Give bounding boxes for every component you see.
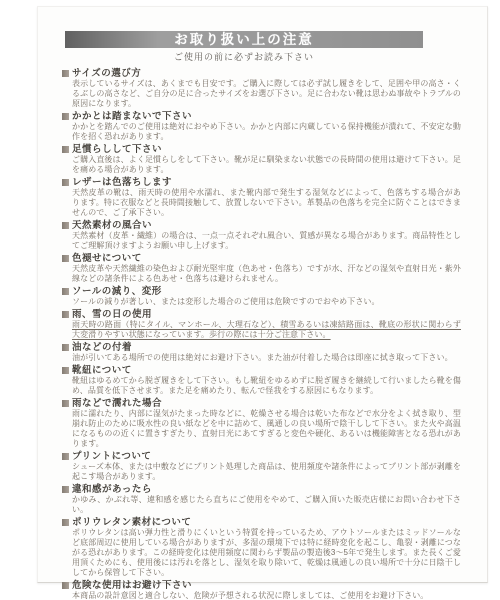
section-heading: レザーは色落ちします <box>62 177 461 188</box>
section-heading: 天然素材の風合い <box>62 220 461 231</box>
section-heading-text: 雨などで濡れた場合 <box>72 398 162 409</box>
square-bullet-icon <box>62 255 69 262</box>
section-heading-text: レザーは色落ちします <box>72 177 172 188</box>
square-bullet-icon <box>62 113 69 120</box>
section: 足慣らしして下さい ご購入直後は、よく足慣らしをして下さい。靴が足に馴染まない状… <box>62 144 461 175</box>
section-heading-text: 色褪せについて <box>72 253 142 264</box>
square-bullet-icon <box>62 582 69 589</box>
section-body: ご購入直後は、よく足慣らしをして下さい。靴が足に馴染まない状態での長時間の使用は… <box>62 155 461 175</box>
section-heading-text: サイズの選び方 <box>72 68 141 79</box>
section-heading: 足慣らしして下さい <box>62 144 461 155</box>
section-heading: 色褪せについて <box>62 253 461 264</box>
section-heading-text: 油などの付着 <box>72 342 132 353</box>
section: ソールの減り、変形 ソールの減りが著しい、または変形した場合のご使用は危険ですの… <box>62 286 461 307</box>
section-heading: 靴紐について <box>62 365 461 376</box>
document-subtitle: ご使用の前に必ずお読み下さい <box>65 50 423 63</box>
square-bullet-icon <box>62 146 69 153</box>
section: 靴紐について 靴紐はゆるめてから脱ぎ履きをして下さい。もし靴紐をゆるめずに脱ぎ履… <box>62 365 461 396</box>
section: 雨、雪の日の使用 雨天時の路面（特にタイル、マンホール、大理石など）、積雪あるい… <box>62 309 461 340</box>
section-body: ポリウレタンは高い弾力性と滑りにくいという特質を持っているため、アウトソールまた… <box>62 528 461 578</box>
section-body: 天然皮革や天然繊維の染色および耐光堅牢度（色あせ・色落ち）ですが水、汗などの湿気… <box>62 264 461 284</box>
section: ポリウレタン素材について ポリウレタンは高い弾力性と滑りにくいという特質を持って… <box>62 517 461 578</box>
section-heading-text: 危険な使用はお避け下さい <box>72 580 192 591</box>
sections-list: サイズの選び方 表示しているサイズは、あくまでも目安です。ご購入に際しては必ず試… <box>62 68 461 600</box>
section-body: 雨天時の路面（特にタイル、マンホール、大理石など）、積雪あるいは凍結路面は、靴底… <box>62 320 461 340</box>
section-body: 靴紐はゆるめてから脱ぎ履きをして下さい。もし靴紐をゆるめずに脱ぎ履きを継続して行… <box>62 376 461 396</box>
title-block: お取り扱い上の注意 ご使用の前に必ずお読み下さい <box>65 31 423 63</box>
square-bullet-icon <box>62 400 69 407</box>
section-heading-text: 違和感があったら <box>72 484 152 495</box>
section-body: 天然素材（皮革・繊維）の場合は、一点一点それぞれ風合い、質感が異なる場合がありま… <box>62 231 461 251</box>
section-heading-text: ポリウレタン素材について <box>72 517 191 528</box>
section-heading: 危険な使用はお避け下さい <box>62 580 461 591</box>
section-heading-text: 足慣らしして下さい <box>72 144 162 155</box>
square-bullet-icon <box>62 179 69 186</box>
square-bullet-icon <box>62 70 69 77</box>
section-body: 雨に濡れたり、内部に湿気がたまった時などに、乾燥させる場合は乾いた布などで水分を… <box>62 409 461 449</box>
section-heading-text: 靴紐について <box>72 365 132 376</box>
section-heading: 雨、雪の日の使用 <box>62 309 461 320</box>
section-body: かゆみ、かぶれ等、違和感を感じたら直ちにご使用をやめて、ご購入頂いた販売店様にお… <box>62 495 461 515</box>
square-bullet-icon <box>62 311 69 318</box>
section: プリントについて シューズ本体、または中敷などにプリント処理した商品は、使用頻度… <box>62 451 461 482</box>
square-bullet-icon <box>62 344 69 351</box>
section-heading-text: 雨、雪の日の使用 <box>72 309 152 320</box>
section: サイズの選び方 表示しているサイズは、あくまでも目安です。ご購入に際しては必ず試… <box>62 68 461 109</box>
section-heading-text: プリントについて <box>72 451 151 462</box>
square-bullet-icon <box>62 222 69 229</box>
square-bullet-icon <box>62 288 69 295</box>
section: 天然素材の風合い 天然素材（皮革・繊維）の場合は、一点一点それぞれ風合い、質感が… <box>62 220 461 251</box>
section: 雨などで濡れた場合 雨に濡れたり、内部に湿気がたまった時などに、乾燥させる場合は… <box>62 398 461 449</box>
section-body: シューズ本体、または中敷などにプリント処理した商品は、使用頻度や諸条件によってプ… <box>62 462 461 482</box>
section-body: 天然皮革の靴は、雨天時の使用や水濡れ、また靴内部で発生する湿気などによって、色落… <box>62 188 461 218</box>
section-heading: ソールの減り、変形 <box>62 286 461 297</box>
section-body: ソールの減りが著しい、または変形した場合のご使用は危険ですのでおやめ下さい。 <box>62 297 461 307</box>
title-bar: お取り扱い上の注意 <box>65 31 423 48</box>
section-heading-text: ソールの減り、変形 <box>72 286 162 297</box>
document-title: お取り扱い上の注意 <box>174 32 314 47</box>
section-heading: プリントについて <box>62 451 461 462</box>
section: 違和感があったら かゆみ、かぶれ等、違和感を感じたら直ちにご使用をやめて、ご購入… <box>62 484 461 515</box>
section: 危険な使用はお避け下さい 本商品の設計意図と適合しない、危険が予想される状況に際… <box>62 580 461 600</box>
square-bullet-icon <box>62 453 69 460</box>
section-heading: ポリウレタン素材について <box>62 517 461 528</box>
section-heading: かかとは踏まないで下さい <box>62 111 461 122</box>
square-bullet-icon <box>62 519 69 526</box>
section-body: 本商品の設計意図と適合しない、危険が予想される状況に際しましては、ご使用をお避け… <box>62 591 461 600</box>
section-heading-text: 天然素材の風合い <box>72 220 152 231</box>
section-heading: 雨などで濡れた場合 <box>62 398 461 409</box>
sheet-content: お取り扱い上の注意 ご使用の前に必ずお読み下さい サイズの選び方 表示しているサ… <box>38 7 487 600</box>
section-heading: 油などの付着 <box>62 342 461 353</box>
care-instructions-sheet: お取り扱い上の注意 ご使用の前に必ずお読み下さい サイズの選び方 表示しているサ… <box>37 6 488 583</box>
section: レザーは色落ちします 天然皮革の靴は、雨天時の使用や水濡れ、また靴内部で発生する… <box>62 177 461 218</box>
section: 色褪せについて 天然皮革や天然繊維の染色および耐光堅牢度（色あせ・色落ち）ですが… <box>62 253 461 284</box>
section: 油などの付着 油が引いてある場所での使用は絶対にお避け下さい。また油が付着した場… <box>62 342 461 363</box>
section-heading-text: かかとは踏まないで下さい <box>72 111 192 122</box>
section: かかとは踏まないで下さい かかとを踏んでのご使用は絶対におやめ下さい。かかと内部… <box>62 111 461 142</box>
section-body: 油が引いてある場所での使用は絶対にお避け下さい。また油が付着した場合は即座に拭き… <box>62 353 461 363</box>
square-bullet-icon <box>62 486 69 493</box>
section-heading: サイズの選び方 <box>62 68 461 79</box>
section-body: 表示しているサイズは、あくまでも目安です。ご購入に際しては必ず試し履きをして、足… <box>62 79 461 109</box>
section-body: かかとを踏んでのご使用は絶対におやめ下さい。かかと内部に内蔵している保持機能が潰… <box>62 122 461 142</box>
section-heading: 違和感があったら <box>62 484 461 495</box>
square-bullet-icon <box>62 367 69 374</box>
